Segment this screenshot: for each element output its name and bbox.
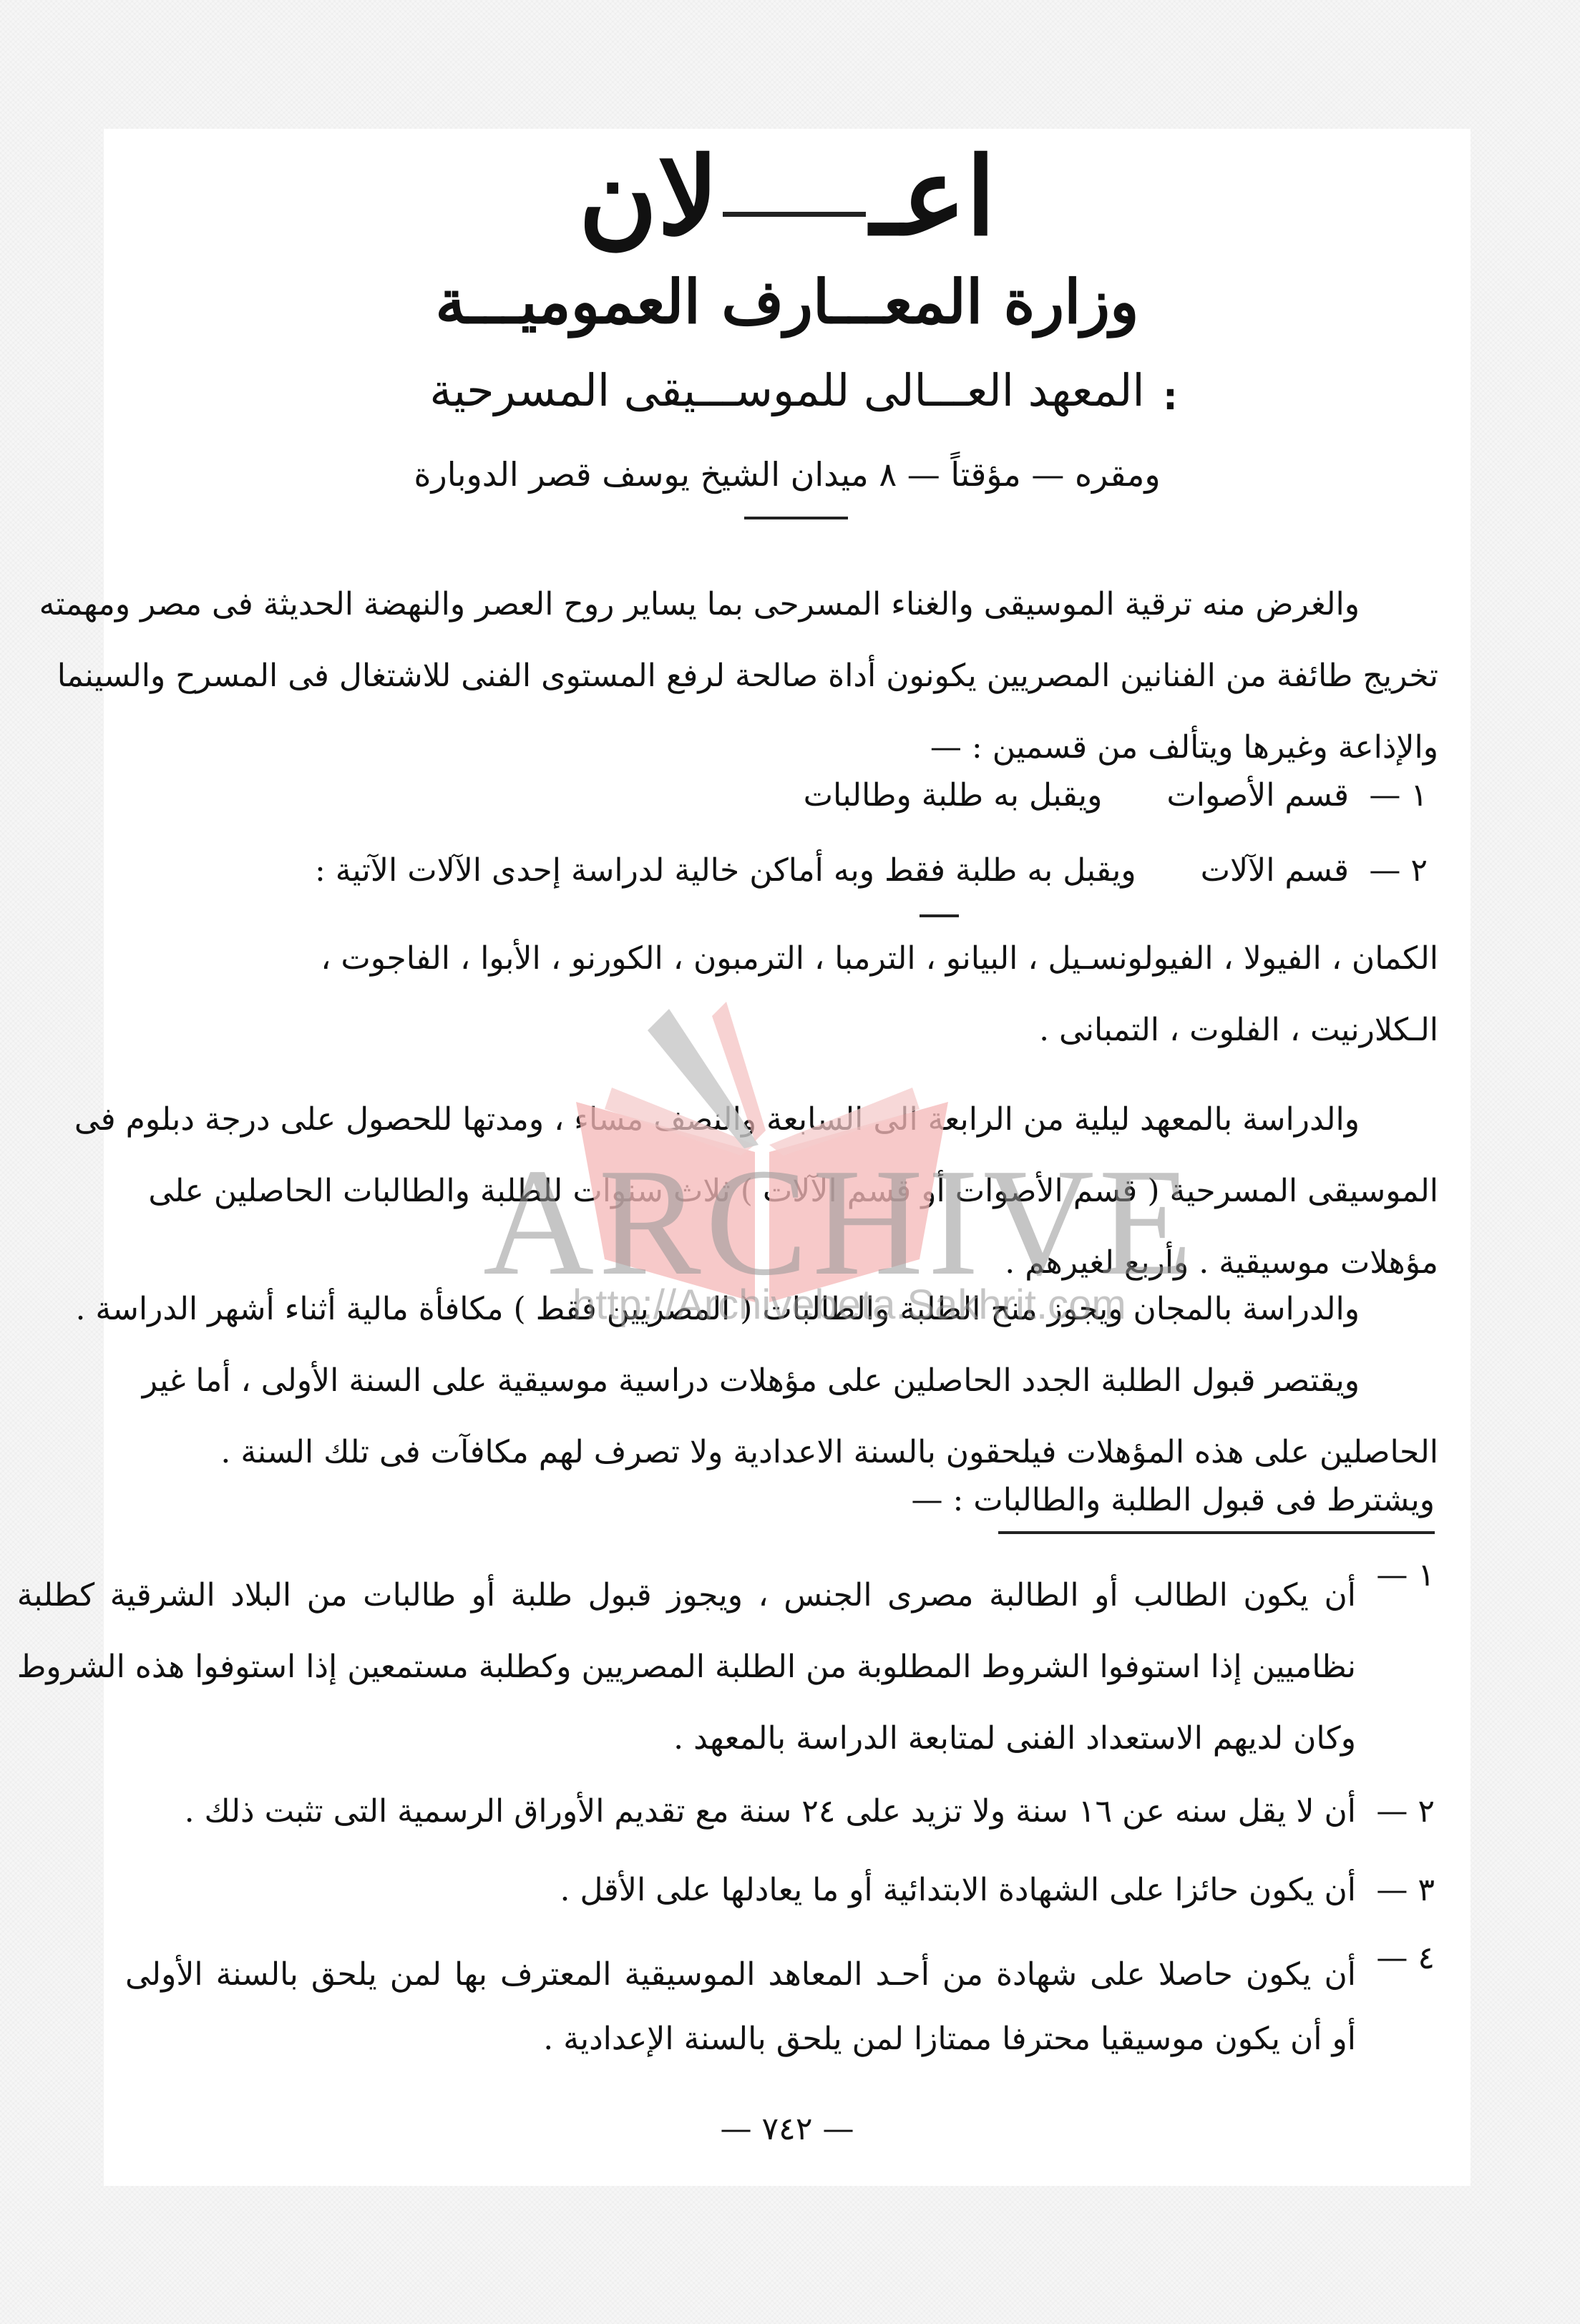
document-page: اعـلان وزارة المعـــارف العموميـــة المع… xyxy=(104,129,1471,2186)
condition-number: ٣ — xyxy=(1356,1875,1435,1906)
conditions-heading: ويشترط فى قبول الطلبة والطالبات : — xyxy=(912,1485,1435,1516)
fees-line: ويقتصر قبول الطلبة الجدد الحاصلين على مؤ… xyxy=(125,1345,1438,1417)
announcement-title: اعـلان xyxy=(104,143,1471,250)
intro-line: والغرض منه ترقية الموسيقى والغناء المسرح… xyxy=(125,569,1438,640)
study-line: والدراسة بالمعهد ليلية من الرابعة الى ال… xyxy=(125,1084,1438,1156)
section-name: قسم الأصوات xyxy=(1166,777,1349,814)
title-part-right: اعـ xyxy=(870,134,995,260)
fees-paragraph: والدراسة بالمجان ويجوز منح الطلبة والطال… xyxy=(125,1274,1438,1488)
fees-line: والدراسة بالمجان ويجوز منح الطلبة والطال… xyxy=(125,1274,1438,1345)
fees-line: الحاصلين على هذه المؤهلات فيلحقون بالسنة… xyxy=(125,1417,1438,1488)
condition-line: أن يكون حائزا على الشهادة الابتدائية أو … xyxy=(560,1872,1356,1908)
section-description: ويقبل به طلبة فقط وبه أماكن خالية لدراسة… xyxy=(315,852,1136,889)
institute-heading: المعهد العـــالى للموســـيقى المسرحية xyxy=(104,368,1471,413)
section-number: ٢ — xyxy=(1349,855,1428,887)
instruments-list: الكمان ، الفيولا ، الفيولونسـيل ، البيان… xyxy=(125,923,1438,1066)
condition-number: ٢ — xyxy=(1356,1796,1435,1827)
condition-line: أن يكون حاصلا على شهادة من أحـد المعاهد … xyxy=(125,1943,1356,2007)
condition-line: نظاميين إذا استوفوا الشروط المطلوبة من ا… xyxy=(17,1631,1356,1703)
section-number: ١ — xyxy=(1349,780,1428,811)
address-underline xyxy=(744,517,848,519)
condition-number: ١ — xyxy=(1356,1560,1435,1774)
condition-line: أن يكون الطالب أو الطالبة مصرى الجنس ، و… xyxy=(17,1560,1356,1631)
intro-line: والإذاعة وغيرها ويتألف من قسمين : — xyxy=(125,712,1438,783)
study-paragraph: والدراسة بالمعهد ليلية من الرابعة الى ال… xyxy=(125,1084,1438,1299)
institute-colon: : xyxy=(1163,376,1178,419)
study-line: الموسيقى المسرحية ( قسم الأصوات أو قسم ا… xyxy=(125,1156,1438,1227)
ministry-heading: وزارة المعـــارف العموميـــة xyxy=(104,272,1471,332)
condition-item-2: ٢ —أن لا يقل سنه عن ١٦ سنة ولا تزيد على … xyxy=(185,1796,1435,1827)
condition-item-1: ١ — أن يكون الطالب أو الطالبة مصرى الجنس… xyxy=(125,1560,1435,1774)
section-description: ويقبل به طلبة وطالبات xyxy=(804,777,1103,814)
condition-line: أو أن يكون موسيقيا محترفا ممتازا لمن يلح… xyxy=(125,2007,1356,2071)
instruments-line: الـكلارنيت ، الفلوت ، التمبانى . xyxy=(125,995,1438,1066)
condition-number: ٤ — xyxy=(1356,1943,1435,2071)
condition-item-4: ٤ — أن يكون حاصلا على شهادة من أحـد المع… xyxy=(125,1943,1435,2071)
section-item-instruments: ٢ —قسم الآلاتويقبل به طلبة فقط وبه أماكن… xyxy=(315,855,1428,887)
conditions-heading-underline xyxy=(998,1531,1435,1534)
instruments-line: الكمان ، الفيولا ، الفيولونسـيل ، البيان… xyxy=(125,923,1438,995)
only-underline xyxy=(920,914,959,917)
condition-line: أن لا يقل سنه عن ١٦ سنة ولا تزيد على ٢٤ … xyxy=(185,1793,1356,1830)
condition-item-3: ٣ —أن يكون حائزا على الشهادة الابتدائية … xyxy=(560,1875,1435,1906)
section-name: قسم الآلات xyxy=(1201,852,1349,889)
page-number: — ٧٤٢ — xyxy=(104,2111,1471,2147)
intro-paragraph: والغرض منه ترقية الموسيقى والغناء المسرح… xyxy=(125,569,1438,783)
title-part-left: لان xyxy=(579,134,719,260)
institute-address: ومقره — مؤقتاً — ٨ ميدان الشيخ يوسف قصر … xyxy=(104,458,1471,491)
title-kashida xyxy=(723,212,866,217)
condition-line: وكان لديهم الاستعداد الفنى لمتابعة الدرا… xyxy=(17,1703,1356,1774)
section-item-voices: ١ —قسم الأصواتويقبل به طلبة وطالبات xyxy=(804,780,1428,811)
intro-line: تخريج طائفة من الفنانين المصريين يكونون … xyxy=(125,640,1438,712)
